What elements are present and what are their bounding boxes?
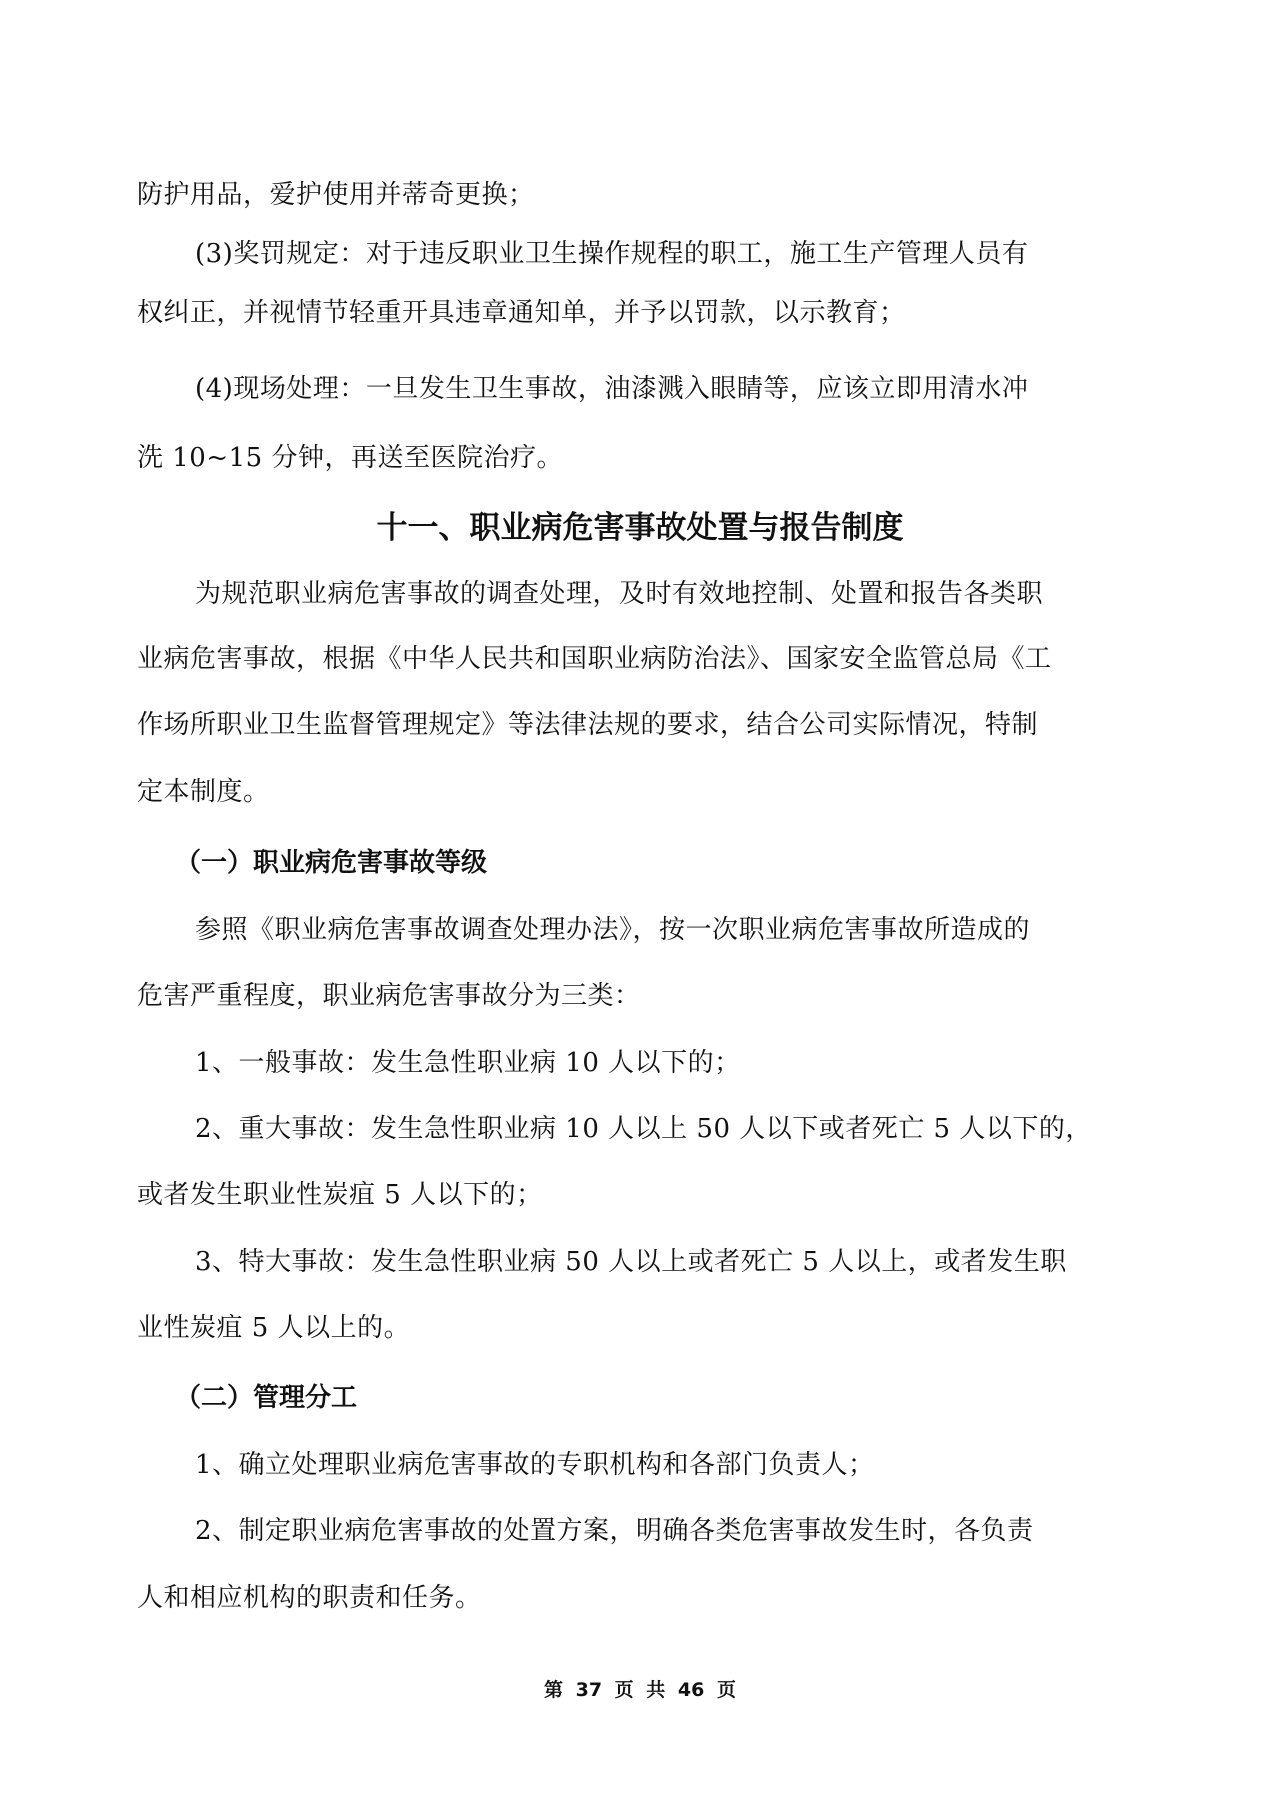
subsection-line: 1、一般事故：发生急性职业病 10 人以下的；	[195, 1046, 1205, 1080]
intro-line: 定本制度。	[137, 775, 1147, 809]
intro-line: 作场所职业卫生监督管理规定》等法律法规的要求，结合公司实际情况，特制	[137, 708, 1147, 742]
subsection-line: 或者发生职业性炭疽 5 人以下的；	[137, 1178, 1147, 1212]
subsection-line: 人和相应机构的职责和任务。	[137, 1581, 1147, 1615]
paragraph-line: 防护用品，爱护使用并蒂奇更换；	[137, 178, 1147, 212]
subsection-title-division: （二）管理分工	[175, 1381, 357, 1415]
subsection-line: 2、制定职业病危害事故的处置方案，明确各类危害事故发生时，各负责	[195, 1514, 1205, 1548]
document-page: 防护用品，爱护使用并蒂奇更换； (3)奖罚规定：对于违反职业卫生操作规程的职工，…	[0, 0, 1280, 1810]
paragraph-line: (3)奖罚规定：对于违反职业卫生操作规程的职工，施工生产管理人员有	[195, 237, 1205, 271]
subsection-title-grades: （一）职业病危害事故等级	[175, 846, 487, 880]
paragraph-line: 权纠正，并视情节轻重开具违章通知单，并予以罚款，以示教育；	[137, 296, 1147, 330]
intro-line: 为规范职业病危害事故的调查处理，及时有效地控制、处置和报告各类职	[195, 577, 1205, 611]
subsection-line: 业性炭疽 5 人以上的。	[137, 1311, 1147, 1345]
subsection-line: 3、特大事故：发生急性职业病 50 人以上或者死亡 5 人以上，或者发生职	[195, 1245, 1205, 1279]
paragraph-line: (4)现场处理：一旦发生卫生事故，油漆溅入眼睛等，应该立即用清水冲	[195, 372, 1205, 406]
subsection-line: 危害严重程度，职业病危害事故分为三类：	[137, 979, 1147, 1013]
intro-line: 业病危害事故，根据《中华人民共和国职业病防治法》、国家安全监管总局《工	[137, 642, 1147, 676]
paragraph-line: 洗 10~15 分钟，再送至医院治疗。	[137, 441, 1147, 475]
subsection-line: 2、重大事故：发生急性职业病 10 人以上 50 人以下或者死亡 5 人以下的，	[195, 1112, 1205, 1146]
page-number-footer: 第 37 页 共 46 页	[0, 1675, 1280, 1702]
section-title: 十一、职业病危害事故处置与报告制度	[0, 508, 1280, 548]
subsection-line: 参照《职业病危害事故调查处理办法》，按一次职业病危害事故所造成的	[195, 913, 1205, 947]
subsection-line: 1、确立处理职业病危害事故的专职机构和各部门负责人；	[195, 1448, 1205, 1482]
